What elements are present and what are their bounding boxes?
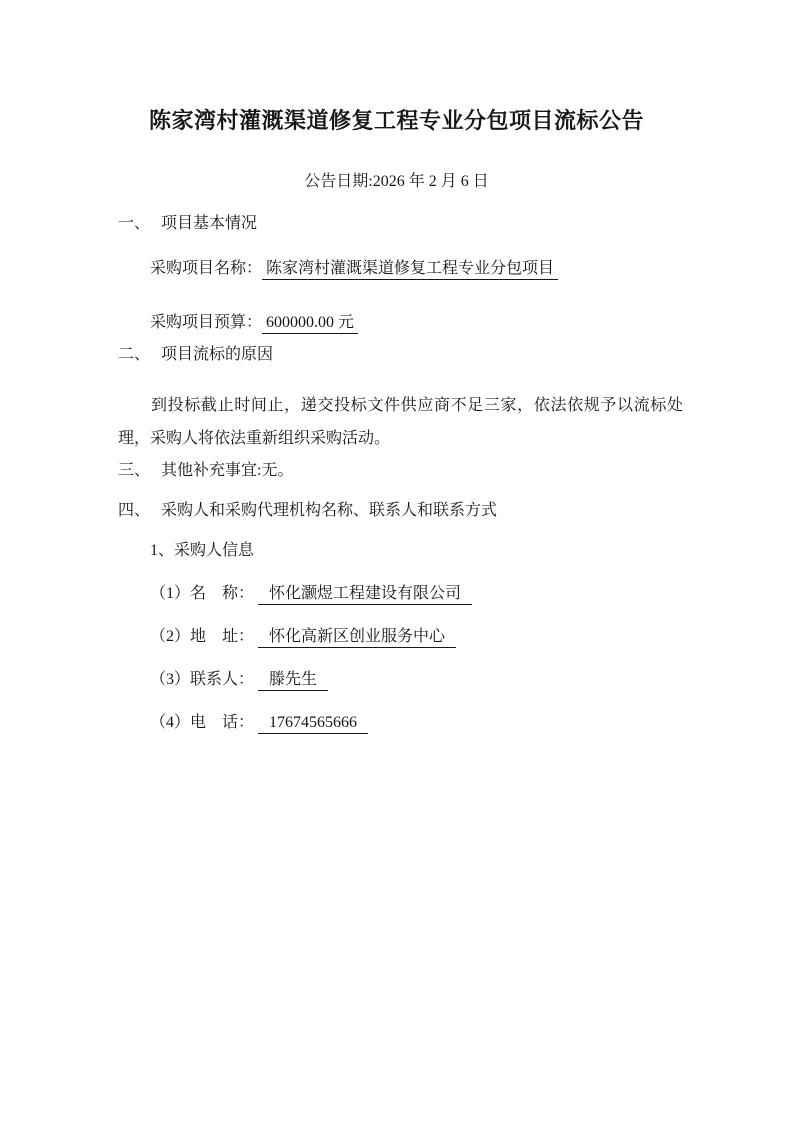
section-3-heading: 三、其他补充事宜:无。 bbox=[118, 460, 685, 482]
purchaser-phone-label: （4）电 话： bbox=[150, 714, 254, 731]
section-2-heading: 二、项目流标的原因 bbox=[118, 344, 685, 366]
section-2-title: 项目流标的原因 bbox=[161, 346, 273, 363]
purchaser-contact-value: 滕先生 bbox=[258, 671, 328, 691]
purchaser-address-label: （2）地 址： bbox=[150, 628, 254, 645]
section-3-title: 其他补充事宜:无。 bbox=[161, 462, 293, 479]
purchaser-name-label: （1）名 称： bbox=[150, 585, 254, 602]
section-4-heading: 四、采购人和采购代理机构名称、联系人和联系方式 bbox=[118, 500, 685, 522]
announcement-document: 陈家湾村灌溉渠道修复工程专业分包项目流标公告 公告日期:2026 年 2 月 6… bbox=[0, 0, 793, 1122]
purchaser-address-row: （2）地 址：怀化高新区创业服务中心 bbox=[118, 626, 685, 648]
purchaser-address-value: 怀化高新区创业服务中心 bbox=[258, 628, 456, 648]
section-3-number: 三、 bbox=[118, 460, 161, 482]
section-2-number: 二、 bbox=[118, 344, 161, 366]
document-title: 陈家湾村灌溉渠道修复工程专业分包项目流标公告 bbox=[0, 104, 793, 135]
section-1-number: 一、 bbox=[118, 213, 161, 235]
project-name-label: 采购项目名称： bbox=[150, 260, 262, 277]
purchaser-contact-row: （3）联系人：滕先生 bbox=[118, 669, 685, 691]
project-budget-value: 600000.00 元 bbox=[262, 314, 358, 334]
purchaser-name-row: （1）名 称：怀化灏煜工程建设有限公司 bbox=[118, 583, 685, 605]
purchaser-phone-row: （4）电 话：17674565666 bbox=[118, 712, 685, 734]
section-4-number: 四、 bbox=[118, 500, 161, 522]
project-budget-label: 采购项目预算： bbox=[150, 314, 262, 331]
purchaser-info-subheading: 1、采购人信息 bbox=[118, 540, 685, 562]
project-name-line: 采购项目名称：陈家湾村灌溉渠道修复工程专业分包项目 bbox=[118, 258, 685, 280]
project-budget-line: 采购项目预算：600000.00 元 bbox=[118, 312, 685, 334]
announcement-date: 公告日期:2026 年 2 月 6 日 bbox=[0, 168, 793, 191]
section-4-title: 采购人和采购代理机构名称、联系人和联系方式 bbox=[161, 502, 497, 519]
project-name-value: 陈家湾村灌溉渠道修复工程专业分包项目 bbox=[262, 260, 558, 280]
purchaser-name-value: 怀化灏煜工程建设有限公司 bbox=[258, 585, 472, 605]
purchaser-contact-label: （3）联系人： bbox=[150, 671, 254, 688]
purchaser-phone-value: 17674565666 bbox=[258, 714, 368, 734]
section-1-title: 项目基本情况 bbox=[161, 215, 257, 232]
failure-reason-paragraph: 到投标截止时间止，递交投标文件供应商不足三家，依法依规予以流标处理，采购人将依法… bbox=[118, 389, 683, 455]
section-1-heading: 一、项目基本情况 bbox=[118, 213, 685, 235]
